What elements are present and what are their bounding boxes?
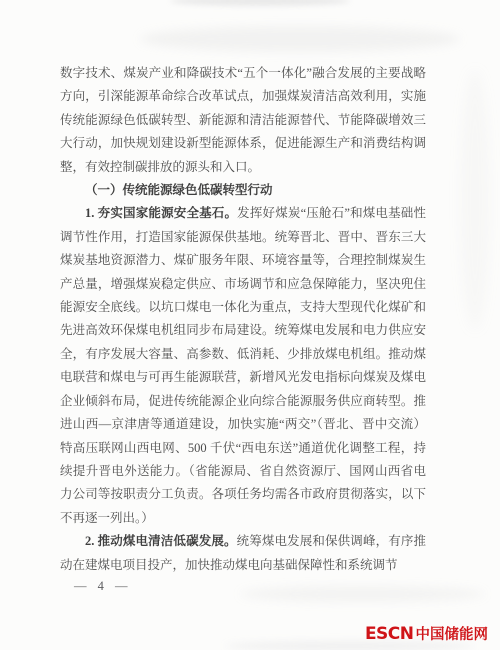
document-page: 数字技术、煤炭产业和降碳技术“五个一体化”融合发展的主要战略方向，引深能源革命综… [0,0,500,650]
numbered-paragraph: 1. 夯实国家能源安全基石。发挥好煤炭“压舱石”和煤电基础性调节性作用，打造国家… [60,202,426,530]
scan-artifact [460,70,490,330]
numbered-item-lead: 2. 推动煤电清洁低碳发展。 [85,534,237,548]
scan-artifact [170,0,350,6]
paragraph-text: 发挥好煤炭“压舱石”和煤电基础性调节性作用，打造国家能源保供基地。统筹晋北、晋中… [60,206,426,524]
escn-watermark: ESCN 中国储能网 [365,623,488,644]
section-heading: （一）传统能源绿色低碳转型行动 [60,179,426,202]
paragraph-continuation: 数字技术、煤炭产业和降碳技术“五个一体化”融合发展的主要战略方向，引深能源革命综… [60,62,426,179]
page-number: — 4 — [74,579,132,594]
scan-artifact [140,26,460,52]
escn-logo-latin: ESCN [365,624,414,644]
document-body: 数字技术、煤炭产业和降碳技术“五个一体化”融合发展的主要战略方向，引深能源革命综… [60,62,426,577]
paragraph-text: 数字技术、煤炭产业和降碳技术“五个一体化”融合发展的主要战略方向，引深能源革命综… [60,66,426,174]
escn-logo-chinese: 中国储能网 [416,623,489,644]
scan-artifact [240,586,485,602]
numbered-item-lead: 1. 夯实国家能源安全基石。 [85,206,237,220]
numbered-paragraph: 2. 推动煤电清洁低碳发展。统筹煤电发展和保供调峰，有序推动在建煤电项目投产，加… [60,530,426,577]
